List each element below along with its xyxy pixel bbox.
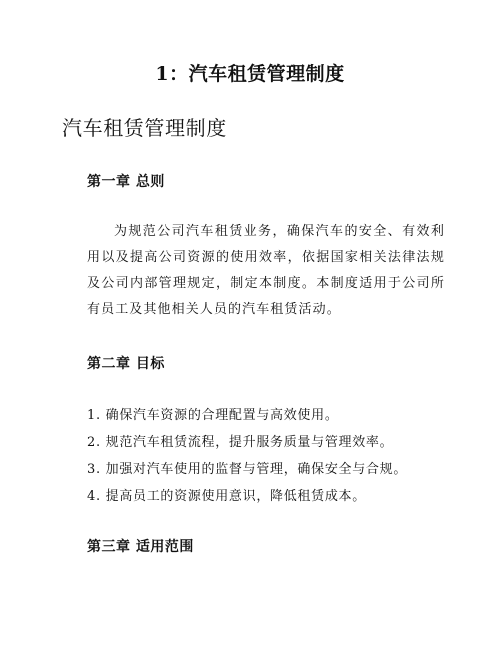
list-item: 1. 确保汽车资源的合理配置与高效使用。 (87, 402, 407, 429)
list-item: 2. 规范汽车租赁流程，提升服务质量与管理效率。 (87, 429, 407, 456)
main-heading: 汽车租赁管理制度 (62, 114, 227, 142)
chapter-3-heading: 第三章 适用范围 (87, 537, 194, 557)
list-item: 4. 提高员工的资源使用意识，降低租赁成本。 (87, 483, 407, 510)
chapter-1-heading: 第一章 总则 (87, 172, 165, 192)
chapter-1-paragraph: 为规范公司汽车租赁业务，确保汽车的安全、有效利用以及提高公司资源的使用效率，依据… (87, 219, 445, 323)
chapter-2-heading: 第二章 目标 (87, 354, 165, 374)
list-item: 3. 加强对汽车使用的监督与管理，确保安全与合规。 (87, 456, 407, 483)
chapter-2-goals-list: 1. 确保汽车资源的合理配置与高效使用。 2. 规范汽车租赁流程，提升服务质量与… (87, 402, 407, 510)
document-title: 1：汽车租赁管理制度 (0, 60, 500, 88)
document-page: 1：汽车租赁管理制度 汽车租赁管理制度 第一章 总则 为规范公司汽车租赁业务，确… (0, 0, 500, 647)
